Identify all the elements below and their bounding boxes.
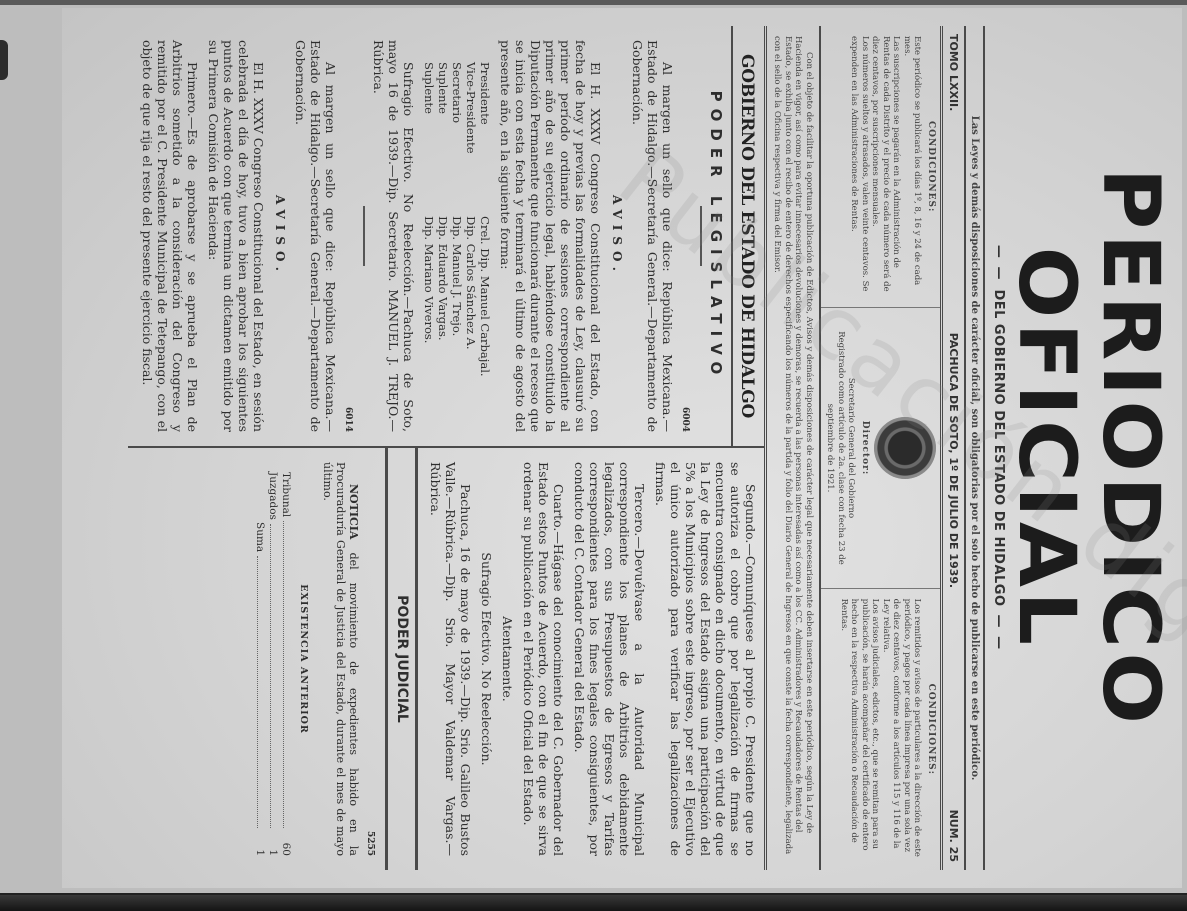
condition-text: Este periódico se publicará los días 1º,… (902, 36, 923, 297)
stat-label: Juzgados (266, 472, 279, 520)
sum-label: Suma (253, 522, 266, 552)
tomo: TOMO LXXII. (947, 34, 960, 111)
stat-value: 1 (266, 832, 279, 856)
section-heading-legislativo: PODER LEGISLATIVO (708, 40, 723, 432)
conditions-title: CONDICIONES: (926, 599, 937, 860)
reference-number: 6014 (340, 40, 355, 432)
paragraph: Tercero.—Devuélvase a la Autoridad Munic… (572, 462, 647, 856)
reference-number: 6004 (677, 40, 692, 432)
noticia-paragraph: NOTICIA del movimiento de expedientes ha… (321, 462, 360, 856)
motto: Sufragio Efectivo. No Reelección. (479, 462, 494, 856)
publication-notice: Con el objeto de facilitar la oportuna p… (764, 26, 819, 870)
paragraph: El H. XXXV Congreso Constitucional del E… (498, 40, 603, 432)
roster-role: Suplente (422, 62, 436, 216)
legal-notice: Las Leyes y demás disposiciones de carác… (964, 26, 983, 870)
roster-role: Suplente (436, 62, 450, 216)
roster-name: Dip. Manuel J. Trejo. (450, 216, 464, 432)
place-date: PACHUCA DE SOTO, 1º DE JULIO DE 1939. (947, 333, 960, 588)
roster-name: Dip. Carlos Sánchez A. (464, 216, 478, 432)
roster-name: Dip. Eduardo Vargas. (436, 216, 450, 432)
government-banner: GOBIERNO DEL ESTADO DE HIDALGO (731, 26, 758, 446)
aviso-heading: AVISO. (272, 40, 287, 432)
aviso-heading: AVISO. (609, 40, 624, 432)
director-box: Director: Secretario General del Gobiern… (821, 307, 940, 588)
roster-role: Presidente (478, 62, 492, 216)
info-band: CONDICIONES: Este periódico se publicará… (819, 26, 940, 870)
salutation: Atentamente. (500, 462, 515, 856)
dateline: TOMO LXXII. PACHUCA DE SOTO, 1º DE JULIO… (940, 26, 964, 870)
conditions-right: CONDICIONES: Los remitidos y avisos de p… (821, 589, 940, 870)
conditions-title: CONDICIONES: (926, 36, 937, 297)
stat-sum-row: Suma1 (253, 522, 266, 856)
registration-line: Registrado como artículo de 2a. clase co… (825, 318, 846, 577)
director-title: Director: (860, 318, 871, 577)
stats-title: EXISTENCIA ANTERIOR (296, 462, 311, 856)
right-column: Segundo.—Comuníquese al propio C. Presid… (128, 448, 764, 870)
conditions-left: CONDICIONES: Este periódico se publicará… (821, 26, 940, 307)
stat-row: Juzgados1 (266, 472, 279, 856)
roster-role: Vice-Presidente (464, 62, 478, 216)
stat-value: 60 (279, 832, 292, 856)
director-line: Secretario General del Gobierno (846, 318, 857, 577)
reference-number: 5255 (362, 462, 377, 856)
seal-note: Al margen un sello que dice: República M… (630, 40, 675, 432)
signature: Pachuca, 16 de mayo de 1939.—Dip. Srio. … (428, 462, 473, 856)
scan-bottom-binding (0, 893, 1187, 911)
newspaper-page: PERIODICO OFICIAL — —DEL GOBIERNO DEL ES… (62, 8, 1182, 888)
masthead-title: PERIODICO OFICIAL (1004, 0, 1172, 904)
condition-text: Los números sueltos y atrasados, valen v… (849, 36, 870, 297)
left-column: GOBIERNO DEL ESTADO DE HIDALGO PODER LEG… (128, 26, 764, 448)
state-seal-icon (874, 417, 936, 479)
section-heading-judicial: PODER JUDICIAL (385, 448, 418, 870)
paragraph: Cuarto.—Hágase del conocimiento del C. G… (521, 462, 566, 856)
scan-binding-shadow (0, 40, 8, 80)
issue-number: NUM. 25 (947, 810, 960, 862)
stat-row: Tribunal60 (279, 472, 292, 856)
condition-text: Los remitidos y avisos de particulares a… (881, 599, 923, 860)
sum-value: 1 (253, 832, 266, 856)
condition-text: Los avisos judiciales, edictos, etc., qu… (839, 599, 881, 860)
permanent-deputation-roster: PresidenteCrel. Dip. Manuel Carbajal. Vi… (422, 62, 492, 432)
paragraph: Primero.—Es de aprobarse y se aprueba el… (140, 40, 200, 432)
roster-name: Dip. Mariano Viveros. (422, 216, 436, 432)
roster-name: Crel. Dip. Manuel Carbajal. (478, 216, 492, 432)
condition-text: Las suscripciones se pagarán en la Admin… (870, 36, 902, 297)
closing-signature: Sufragio Efectivo. No Reelección.—Pachuc… (371, 40, 416, 432)
seal-note: Al margen un sello que dice: República M… (293, 40, 338, 432)
body-columns: GOBIERNO DEL ESTADO DE HIDALGO PODER LEG… (128, 26, 764, 870)
stat-label: Tribunal (279, 472, 292, 517)
paragraph: El H. XXXV Congreso Constitucional del E… (206, 40, 266, 432)
paragraph: Segundo.—Comuníquese al propio C. Presid… (653, 462, 758, 856)
roster-role: Secretario (450, 62, 464, 216)
noticia-lead: NOTICIA (347, 484, 360, 539)
